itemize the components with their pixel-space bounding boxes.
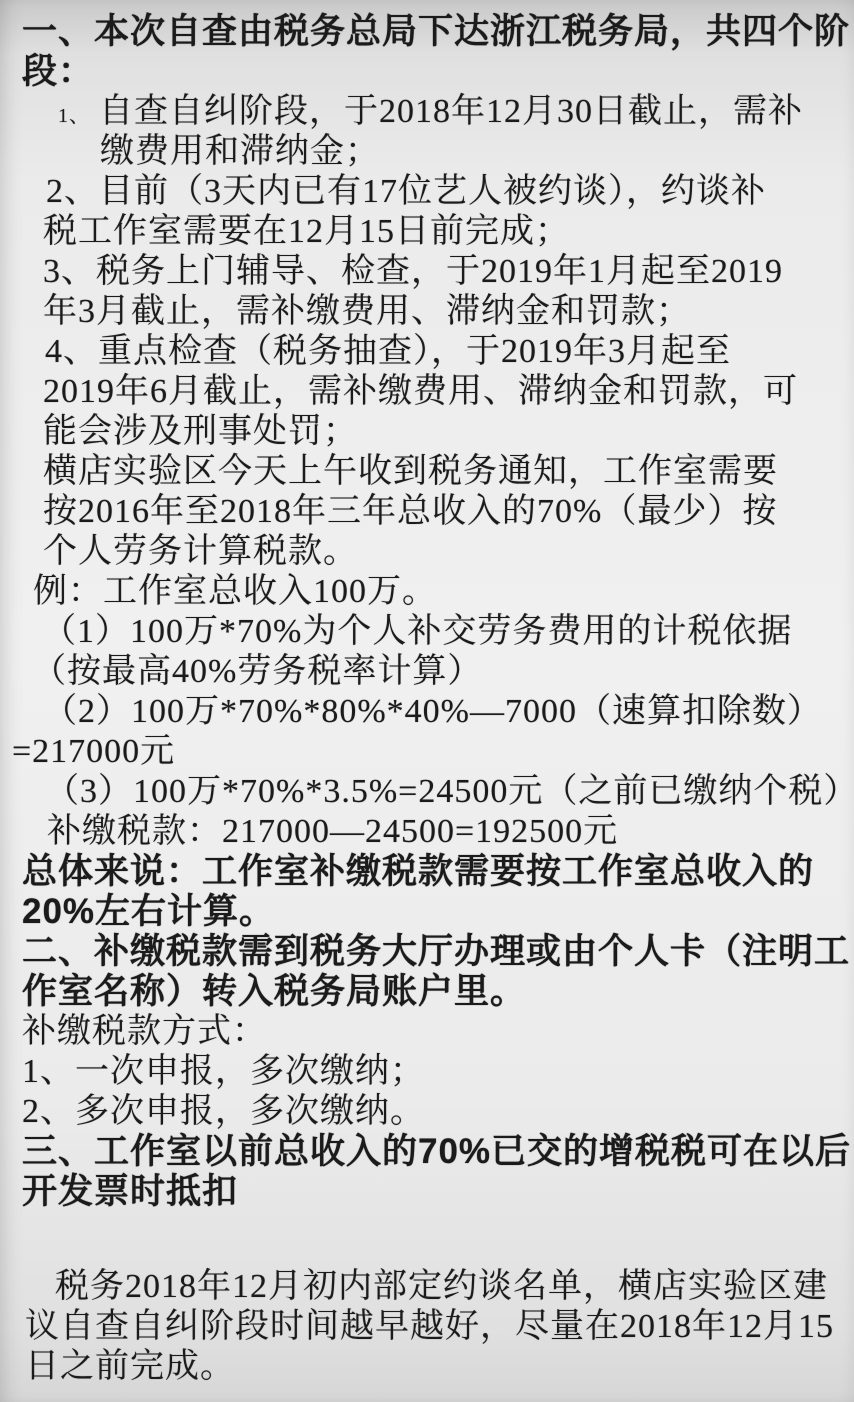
list-item-line: 年3月截止，需补缴费用、滞纳金和罚款； [43,292,854,332]
item-marker: 1、 [58,105,90,127]
calculation-line: （1）100万*70%为个人补交劳务费用的计税依据 [42,612,854,652]
calculation-line: （按最高40%劳务税率计算） [32,652,854,692]
paragraph-line: 横店实验区今天上午收到税务通知，工作室需要 [43,452,854,492]
payment-method-line: 补缴税款方式： [22,1012,854,1052]
summary-line: 总体来说：工作室补缴税款需要按工作室总收入的 [22,852,854,892]
list-item-line: 税工作室需要在12月15日前完成； [43,212,854,252]
list-item-line: 4、重点检查（税务抽查），于2019年3月起至 [45,332,854,372]
scanned-tax-notice-page: 一、本次自查由税务总局下达浙江税务局，共四个阶 段： 1、自查自纠阶段，于201… [0,0,854,1402]
list-item-line: 2、目前（3天内已有17位艺人被约谈），约谈补 [46,172,854,212]
paragraph-line: 个人劳务计算税款。 [43,532,854,572]
list-item-line: 缴费用和滞纳金； [100,132,854,172]
calculation-line: 补缴税款：217000—24500=192500元 [47,812,854,852]
list-item-text: 自查自纠阶段，于2018年12月30日截止，需补 [99,93,803,130]
heading-1-line: 段： [22,52,854,92]
list-item-line: 1、自查自纠阶段，于2018年12月30日截止，需补 [58,92,854,132]
payment-method-line: 2、多次申报，多次缴纳。 [22,1092,854,1132]
heading-2-line: 作室名称）转入税务局账户里。 [22,972,854,1012]
calculation-line: （3）100万*70%*3.5%=24500元（之前已缴纳个税） [45,772,854,812]
example-line: 例：工作室总收入100万。 [33,572,854,612]
summary-line: 20%左右计算。 [22,892,854,932]
heading-2-line: 二、补缴税款需到税务大厅办理或由个人卡（注明工 [22,932,854,972]
list-item-line: 3、税务上门辅导、检查，于2019年1月起至2019 [43,252,854,292]
heading-3-line: 开发票时抵扣 [22,1172,854,1212]
calculation-line: =217000元 [12,732,854,772]
paragraph-line: 按2016年至2018年三年总收入的70%（最少）按 [43,492,854,532]
blank-gap [0,1212,854,1267]
calculation-line: （2）100万*70%*80%*40%—7000（速算扣除数） [43,692,854,732]
heading-3-line: 三、工作室以前总收入的70%已交的增税税可在以后 [22,1132,854,1172]
list-item-line: 2019年6月截止，需补缴费用、滞纳金和罚款，可 [43,372,854,412]
footer-line: 税务2018年12月初内部定约谈名单，横店实验区建 [55,1267,854,1307]
list-item-line: 能会涉及刑事处罚； [43,412,854,452]
footer-line: 日之前完成。 [25,1347,854,1387]
payment-method-line: 1、一次申报，多次缴纳； [22,1052,854,1092]
heading-1-line: 一、本次自查由税务总局下达浙江税务局，共四个阶 [22,12,854,52]
footer-line: 议自查自纠阶段时间越早越好，尽量在2018年12月15 [25,1307,854,1347]
